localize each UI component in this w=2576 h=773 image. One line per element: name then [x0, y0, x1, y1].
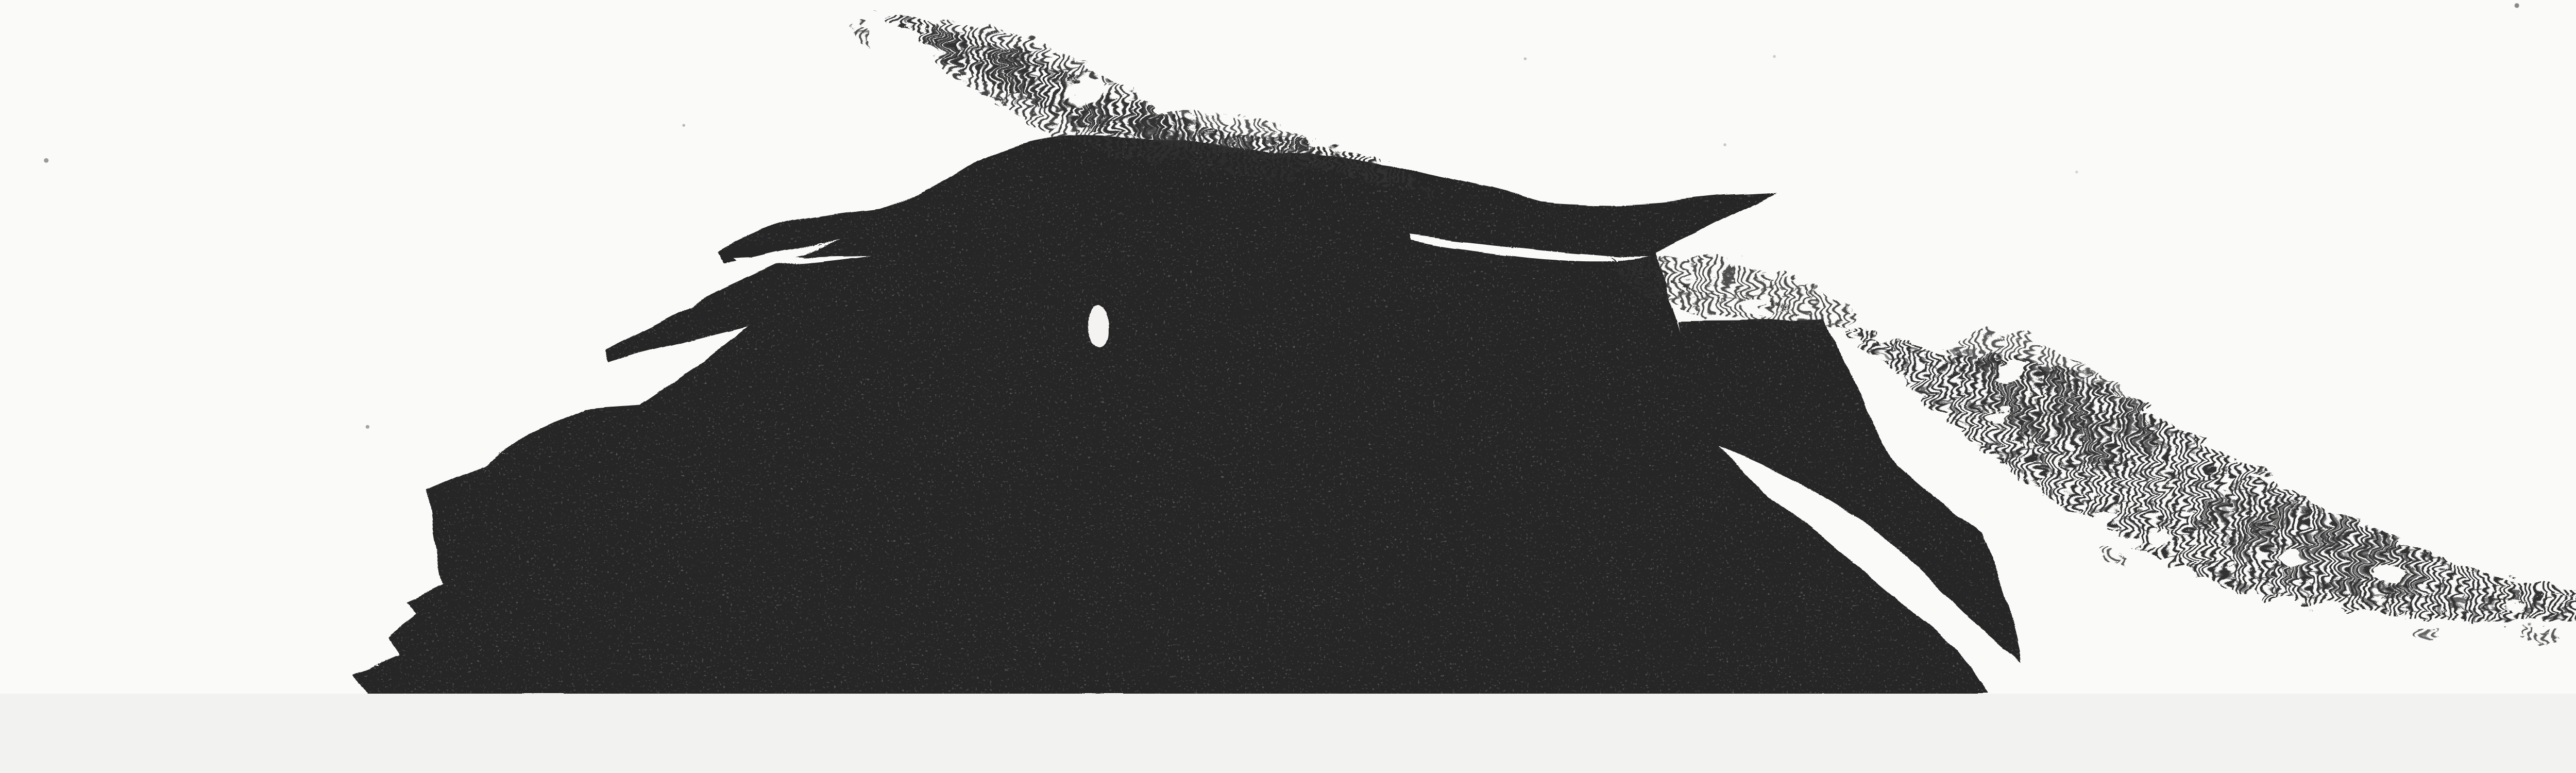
artwork-svg: [0, 0, 2576, 694]
ink-speck: [1524, 57, 1527, 60]
ink-speck: [1773, 55, 1775, 58]
ink-speck: [2515, 3, 2519, 8]
ink-speck: [44, 158, 48, 163]
manga-panel: [0, 0, 2576, 694]
ink-speck: [2075, 171, 2078, 173]
ink-speck: [682, 124, 685, 126]
ink-speck: [366, 425, 369, 429]
ink-speck: [1723, 143, 1726, 146]
